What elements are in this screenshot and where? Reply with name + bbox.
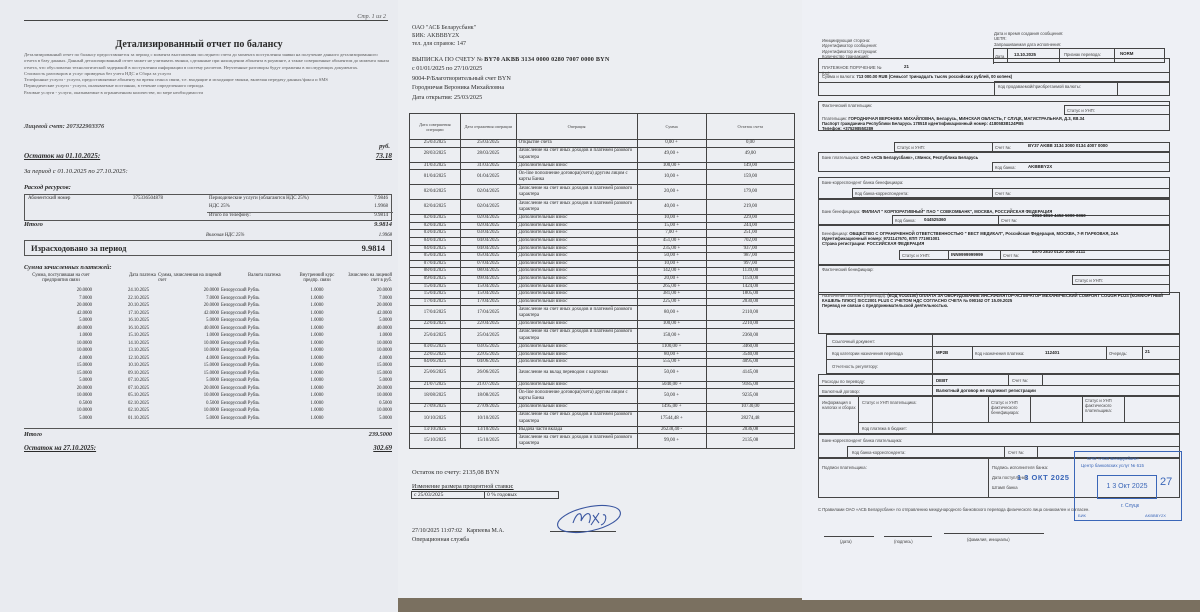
statement-row: 02/04/202502/04/2025Зачисление на счет и… [410, 200, 795, 215]
statement-row: 25/03/202525/03/2025Открытие счета0,00 +… [410, 140, 795, 148]
payments-total: Итого239.5000 [24, 431, 392, 438]
statement-row: 13/10/202513/10/2025Выдача части вклада2… [410, 426, 795, 434]
expenses-box: Абонентский номер 375336504878 Периодиче… [24, 194, 392, 221]
statement-row: 25/04/202525/04/2025Зачисление на счет и… [410, 328, 795, 343]
payment-purpose: Назначение платежа (перевода): (КОД VO10… [822, 293, 1172, 309]
rules-consent: С Правилами ОАО «АСБ Беларусбанк» по отп… [818, 507, 1188, 513]
received-date-stamp: 1 3 ОКТ 2025 [1017, 473, 1069, 482]
statement-row: 08/04/202508/04/2025Дополнительный взнос… [410, 268, 795, 276]
balance-start: Остаток на 01.10.2025:73.18 [24, 152, 392, 160]
signature-block: 27/10/2025 11:07:02 Карпеева М.А. Операц… [412, 527, 504, 545]
signature-icon [553, 503, 623, 535]
payment-order-page: Инициирующая сторона: Идентификатор сооб… [802, 0, 1200, 600]
statement-row: 22/05/202522/05/2025Дополнительный взнос… [410, 351, 795, 359]
statement-row: 22/04/202522/04/2025Дополнительный взнос… [410, 321, 795, 329]
payer-info: Плательщик: ГОРОДНИЧАЯ ВЕРОНИКА МИХАЙЛОВ… [822, 116, 1162, 131]
payments-heading: Сумма зачисленных платежей: [24, 264, 112, 271]
statement-row: 07/04/202507/04/2025Дополнительный взнос… [410, 260, 795, 268]
report-title: Детализированный отчет по балансу [0, 39, 398, 50]
statement-row: 25/06/202526/06/2025Зачисление на вклад … [410, 366, 795, 381]
statement-row: 02/04/202502/04/2025Дополнительный взнос… [410, 222, 795, 230]
account-balance: Остаток по счету: 2135,08 BYN [412, 469, 499, 476]
report-intro: Детализированный отчет по балансу предос… [24, 52, 390, 96]
statement-row: 03/05/202503/05/2025Дополнительный взнос… [410, 343, 795, 351]
expenses-total: Итого9.9814 [24, 221, 392, 228]
statement-row: 21/07/202521/07/2025Дополнительный взнос… [410, 381, 795, 389]
statement-row: 04/06/202504/06/2025Дополнительный взнос… [410, 359, 795, 367]
personal-account: Лицевой счет: 207322903376 [24, 123, 104, 130]
beneficiary-info: Бенефициар: ОБЩЕСТВО С ОГРАНИЧЕННОЙ ОТВЕ… [822, 231, 1167, 246]
bank-header: ОАО "АСБ Беларусбанк" БИК: AKBBBY2X тел.… [412, 24, 476, 48]
expenses-heading: Расход ресурсов: [24, 184, 71, 191]
statement-row: 03/04/202503/04/2025Дополнительный взнос… [410, 230, 795, 238]
statement-row: 15/10/202515/10/2025Зачисление на счет и… [410, 434, 795, 449]
header-divider [24, 20, 388, 21]
statement-row: 17/04/202517/04/2025Дополнительный взнос… [410, 298, 795, 306]
statement-row: 02/04/202502/04/2025Дополнительный взнос… [410, 215, 795, 223]
order-meta-right: Дата и время создания сообщения: UETR: З… [994, 31, 1063, 47]
order-meta-left: Инициирующая сторона: Идентификатор сооб… [822, 38, 877, 60]
report-period: За период с 01.10.2025 по 27.10.2025: [24, 168, 128, 175]
statement-row: 10/10/202510/10/2025Зачисление на счет и… [410, 411, 795, 426]
bank-statement-page: ОАО "АСБ Беларусбанк" БИК: AKBBBY2X тел.… [398, 0, 802, 598]
rate-change-table: с 25/03/20250 % годовых [411, 491, 559, 499]
statement-row: 09/04/202509/04/2025Дополнительный взнос… [410, 275, 795, 283]
balance-end: Остаток на 27.10.2025:302.69 [24, 445, 392, 452]
statement-row: 27/09/202527/09/2025Дополнительный взнос… [410, 404, 795, 412]
statement-table: Дата совершения операции Дата отражения … [409, 113, 795, 449]
statement-row: 17/04/202517/04/2025Зачисление на счет и… [410, 306, 795, 321]
payments-divider [24, 428, 392, 429]
currency-label: руб. [379, 143, 390, 150]
rate-change-title: Изменение размера процентной ставки: [412, 484, 514, 490]
vat-included: Включая НДС 25%1.9968 [206, 233, 392, 238]
statement-row: 04/04/202504/04/2025Дополнительный взнос… [410, 237, 795, 245]
spent-for-period: Израсходовано за период9.9814 [24, 240, 392, 256]
statement-row: 04/04/202504/04/2025Дополнительный взнос… [410, 245, 795, 253]
statement-row: 18/08/202518/08/2025On-line пополнение д… [410, 389, 795, 404]
balance-report-page: Стр. 1 из 2 Детализированный отчет по ба… [0, 0, 398, 612]
statement-row: 31/03/202531/03/2025Дополнительный взнос… [410, 162, 795, 170]
statement-row: 02/04/202502/04/2025Зачисление на счет и… [410, 185, 795, 200]
statement-row: 05/04/202505/04/2025Дополнительный взнос… [410, 253, 795, 261]
statement-row: 15/04/202515/04/2025Дополнительный взнос… [410, 283, 795, 291]
payer-account: BY37 AKBB 3134 3000 0134 4007 0000 [1028, 143, 1108, 148]
order-date: 13.10.2025 [1014, 52, 1036, 57]
payments-header: Сумма, поступившая на счет предприятия с… [24, 273, 392, 287]
statement-row: 01/04/202501/04/2025On-line пополнение д… [410, 170, 795, 185]
statement-row: 28/03/202528/03/2025Зачисление на счет и… [410, 147, 795, 162]
statement-row: 15/04/202515/04/2025Дополнительный взнос… [410, 291, 795, 299]
statement-info: ВЫПИСКА ПО СЧЕТУ № BY70 AKBB 3134 0000 0… [412, 55, 610, 102]
